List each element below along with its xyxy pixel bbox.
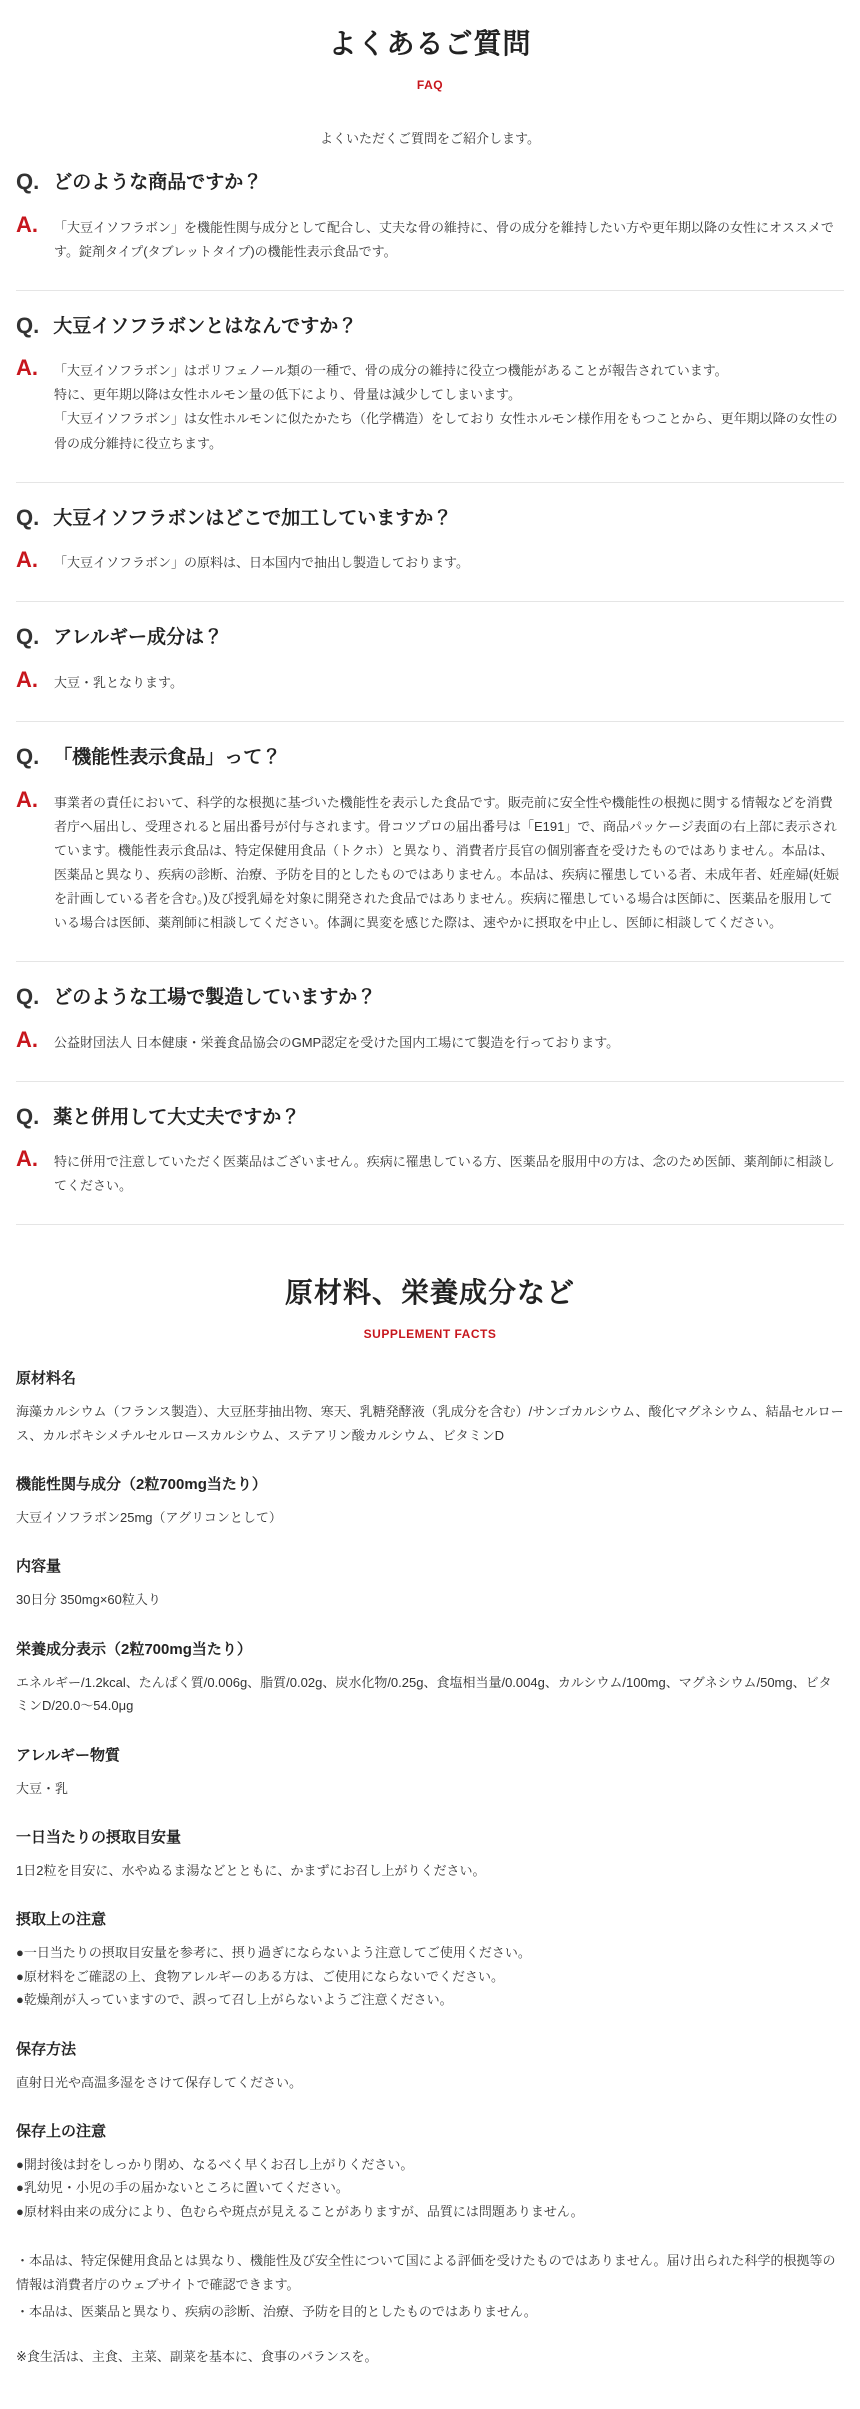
question-marker: Q. [16, 744, 39, 770]
question-row: Q. 大豆イソフラボンとはなんですか？ [16, 313, 844, 340]
question-marker: Q. [16, 313, 39, 339]
supplement-block: 摂取上の注意 ●一日当たりの摂取目安量を参考に、摂り過ぎにならないよう注意してご… [16, 1908, 844, 2011]
supplement-note: ・本品は、特定保健用食品とは異なり、機能性及び安全性について国による評価を受けた… [16, 2249, 844, 2296]
answer-row: A. 事業者の責任において、科学的な根拠に基づいた機能性を表示した食品です。販売… [16, 789, 844, 935]
answer-marker: A. [16, 357, 38, 379]
question-text: どのような工場で製造していますか？ [53, 984, 376, 1011]
answer-row: A. 「大豆イソフラボン」を機能性関与成分として配合し、丈夫な骨の維持に、骨の成… [16, 214, 844, 264]
supplement-block: 機能性関与成分（2粒700mg当たり） 大豆イソフラボン25mg（アグリコンとし… [16, 1473, 844, 1529]
faq-item: Q. どのような商品ですか？ A. 「大豆イソフラボン」を機能性関与成分として配… [16, 169, 844, 291]
supplement-body: 30日分 350mg×60粒入り [16, 1588, 844, 1611]
supplement-body: 1日2粒を目安に、水やぬるま湯などとともに、かまずにお召し上がりください。 [16, 1859, 844, 1882]
question-marker: Q. [16, 624, 39, 650]
question-row: Q. どのような工場で製造していますか？ [16, 984, 844, 1011]
answer-marker: A. [16, 214, 38, 236]
supplement-body: 大豆イソフラボン25mg（アグリコンとして） [16, 1506, 844, 1529]
page-container: よくあるご質問 FAQ よくいただくご質問をご紹介します。 Q. どのような商品… [0, 0, 860, 2409]
faq-item: Q. 薬と併用して大丈夫ですか？ A. 特に併用で注意していただく医薬品はござい… [16, 1104, 844, 1226]
supplement-note: ・本品は、医薬品と異なり、疾病の診断、治療、予防を目的としたものではありません。 [16, 2300, 844, 2323]
faq-list: Q. どのような商品ですか？ A. 「大豆イソフラボン」を機能性関与成分として配… [16, 169, 844, 1225]
faq-item: Q. 大豆イソフラボンはどこで加工していますか？ A. 「大豆イソフラボン」の原… [16, 505, 844, 603]
answer-row: A. 大豆・乳となります。 [16, 669, 844, 695]
divider [16, 482, 844, 483]
question-row: Q. どのような商品ですか？ [16, 169, 844, 196]
supplement-heading: 保存方法 [16, 2038, 844, 2059]
question-marker: Q. [16, 1104, 39, 1130]
answer-row: A. 「大豆イソフラボン」の原料は、日本国内で抽出し製造しております。 [16, 549, 844, 575]
supplement-heading: 保存上の注意 [16, 2120, 844, 2141]
supplement-title: 原材料、栄養成分など [16, 1225, 844, 1311]
supplement-body: ●一日当たりの摂取目安量を参考に、摂り過ぎにならないよう注意してご使用ください。… [16, 1941, 844, 2011]
question-text: 大豆イソフラボンとはなんですか？ [53, 313, 357, 340]
faq-intro: よくいただくご質問をご紹介します。 [16, 128, 844, 147]
question-row: Q. 「機能性表示食品」って？ [16, 744, 844, 771]
question-text: 「機能性表示食品」って？ [53, 744, 281, 771]
question-row: Q. 薬と併用して大丈夫ですか？ [16, 1104, 844, 1131]
question-text: アレルギー成分は？ [53, 624, 223, 651]
supplement-notes: ・本品は、特定保健用食品とは異なり、機能性及び安全性について国による評価を受けた… [16, 2249, 844, 2323]
answer-text: 事業者の責任において、科学的な根拠に基づいた機能性を表示した食品です。販売前に安… [54, 789, 844, 935]
supplement-body: 海藻カルシウム（フランス製造）、大豆胚芽抽出物、寒天、乳糖発酵液（乳成分を含む）… [16, 1400, 844, 1447]
faq-item: Q. 大豆イソフラボンとはなんですか？ A. 「大豆イソフラボン」はポリフェノー… [16, 313, 844, 483]
faq-title: よくあるご質問 [16, 0, 844, 62]
supplement-body: エネルギー/1.2kcal、たんぱく質/0.006g、脂質/0.02g、炭水化物… [16, 1671, 844, 1718]
answer-marker: A. [16, 549, 38, 571]
faq-section: よくあるご質問 FAQ よくいただくご質問をご紹介します。 Q. どのような商品… [16, 0, 844, 1225]
supplement-heading: 機能性関与成分（2粒700mg当たり） [16, 1473, 844, 1494]
supplement-footnote: ※食生活は、主食、主菜、副菜を基本に、食事のバランスを。 [16, 2345, 844, 2368]
supplement-list: 原材料名 海藻カルシウム（フランス製造）、大豆胚芽抽出物、寒天、乳糖発酵液（乳成… [16, 1367, 844, 2223]
supplement-body: ●開封後は封をしっかり閉め、なるべく早くお召し上がりください。 ●乳幼児・小児の… [16, 2153, 844, 2223]
divider [16, 961, 844, 962]
answer-row: A. 特に併用で注意していただく医薬品はございません。疾病に罹患している方、医薬… [16, 1148, 844, 1198]
supplement-heading: アレルギー物質 [16, 1744, 844, 1765]
question-text: 薬と併用して大丈夫ですか？ [53, 1104, 300, 1131]
question-marker: Q. [16, 169, 39, 195]
supplement-heading: 内容量 [16, 1555, 844, 1576]
supplement-block: 内容量 30日分 350mg×60粒入り [16, 1555, 844, 1611]
question-marker: Q. [16, 984, 39, 1010]
answer-marker: A. [16, 669, 38, 691]
faq-item: Q. 「機能性表示食品」って？ A. 事業者の責任において、科学的な根拠に基づい… [16, 744, 844, 962]
supplement-block: 原材料名 海藻カルシウム（フランス製造）、大豆胚芽抽出物、寒天、乳糖発酵液（乳成… [16, 1367, 844, 1447]
supplement-block: 保存方法 直射日光や高温多湿をさけて保存してください。 [16, 2038, 844, 2094]
question-text: どのような商品ですか？ [53, 169, 262, 196]
answer-text: 大豆・乳となります。 [54, 669, 183, 695]
answer-text: 「大豆イソフラボン」の原料は、日本国内で抽出し製造しております。 [54, 549, 469, 575]
answer-row: A. 公益財団法人 日本健康・栄養食品協会のGMP認定を受けた国内工場にて製造を… [16, 1029, 844, 1055]
divider [16, 1081, 844, 1082]
question-row: Q. アレルギー成分は？ [16, 624, 844, 651]
question-row: Q. 大豆イソフラボンはどこで加工していますか？ [16, 505, 844, 532]
supplement-block: 栄養成分表示（2粒700mg当たり） エネルギー/1.2kcal、たんぱく質/0… [16, 1638, 844, 1718]
answer-marker: A. [16, 1148, 38, 1170]
supplement-heading: 栄養成分表示（2粒700mg当たり） [16, 1638, 844, 1659]
faq-item: Q. どのような工場で製造していますか？ A. 公益財団法人 日本健康・栄養食品… [16, 984, 844, 1082]
answer-row: A. 「大豆イソフラボン」はポリフェノール類の一種で、骨の成分の維持に役立つ機能… [16, 357, 844, 455]
answer-marker: A. [16, 789, 38, 811]
supplement-subtitle: SUPPLEMENT FACTS [16, 1327, 844, 1341]
supplement-heading: 一日当たりの摂取目安量 [16, 1826, 844, 1847]
answer-marker: A. [16, 1029, 38, 1051]
supplement-body: 大豆・乳 [16, 1777, 844, 1800]
supplement-block: アレルギー物質 大豆・乳 [16, 1744, 844, 1800]
divider [16, 601, 844, 602]
answer-text: 公益財団法人 日本健康・栄養食品協会のGMP認定を受けた国内工場にて製造を行って… [54, 1029, 619, 1055]
question-marker: Q. [16, 505, 39, 531]
answer-text: 「大豆イソフラボン」はポリフェノール類の一種で、骨の成分の維持に役立つ機能がある… [54, 357, 844, 455]
divider [16, 290, 844, 291]
supplement-block: 一日当たりの摂取目安量 1日2粒を目安に、水やぬるま湯などとともに、かまずにお召… [16, 1826, 844, 1882]
answer-text: 「大豆イソフラボン」を機能性関与成分として配合し、丈夫な骨の維持に、骨の成分を維… [54, 214, 844, 264]
supplement-heading: 摂取上の注意 [16, 1908, 844, 1929]
faq-item: Q. アレルギー成分は？ A. 大豆・乳となります。 [16, 624, 844, 722]
divider [16, 721, 844, 722]
supplement-heading: 原材料名 [16, 1367, 844, 1388]
answer-text: 特に併用で注意していただく医薬品はございません。疾病に罹患している方、医薬品を服… [54, 1148, 844, 1198]
faq-subtitle: FAQ [16, 78, 844, 92]
supplement-body: 直射日光や高温多湿をさけて保存してください。 [16, 2071, 844, 2094]
supplement-block: 保存上の注意 ●開封後は封をしっかり閉め、なるべく早くお召し上がりください。 ●… [16, 2120, 844, 2223]
question-text: 大豆イソフラボンはどこで加工していますか？ [53, 505, 452, 532]
supplement-section: 原材料、栄養成分など SUPPLEMENT FACTS 原材料名 海藻カルシウム… [16, 1225, 844, 2368]
